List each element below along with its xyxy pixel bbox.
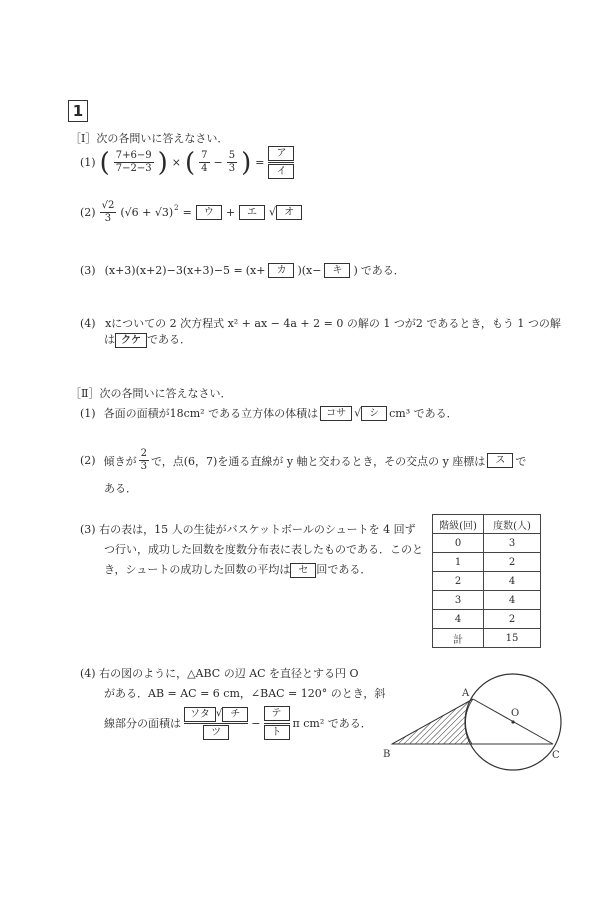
question-1-1: (1) ( 7+6−97−2−3 ) × ( 74 − 53 ) = アイ bbox=[80, 146, 294, 179]
question-1-4: (4) xについての 2 次方程式 x² + ax − 4a + 2 = 0 の… bbox=[80, 315, 561, 331]
answer-box-chi[interactable]: チ bbox=[222, 707, 248, 722]
question-2-1: (1) 各面の面積が18cm² である立方体の体積は コサ √シ cm³ である… bbox=[80, 405, 458, 421]
answer-box-se[interactable]: セ bbox=[290, 563, 316, 578]
answer-box-i[interactable]: イ bbox=[268, 164, 294, 179]
question-2-2: (2) 傾きが 23 で，点(6，7)を通る直線が y 軸と交わるとき，その交点… bbox=[80, 448, 526, 473]
q-label: (1) bbox=[80, 156, 96, 169]
answer-box-te[interactable]: テ bbox=[264, 706, 290, 721]
question-1-4-line2: はクケである． bbox=[104, 331, 191, 348]
section-number: 1 bbox=[68, 100, 88, 122]
answer-box-a[interactable]: ア bbox=[268, 146, 294, 161]
part1-header: ［Ⅰ］次の各問いに答えなさい． bbox=[70, 130, 228, 146]
answer-box-ka[interactable]: カ bbox=[268, 263, 294, 278]
answer-box-kuke[interactable]: クケ bbox=[115, 333, 147, 348]
answer-box-tsu[interactable]: ツ bbox=[203, 725, 229, 740]
question-2-2-line2: ある． bbox=[104, 480, 137, 496]
answer-box-sota[interactable]: ソタ bbox=[184, 707, 216, 722]
answer-box-u[interactable]: ウ bbox=[196, 205, 222, 220]
answer-box-shi[interactable]: シ bbox=[361, 406, 387, 421]
svg-text:C: C bbox=[552, 750, 560, 761]
answer-box-su[interactable]: ス bbox=[487, 453, 513, 468]
question-1-3: (3) (x+3)(x+2)−3(x+3)−5 = (x+ カ )(x− キ )… bbox=[80, 262, 405, 278]
triangle-circle-figure: A B C O bbox=[380, 660, 580, 780]
answer-box-to[interactable]: ト bbox=[264, 725, 290, 740]
frequency-table: 階級(回)度数(人) 03 12 24 34 42 計15 bbox=[432, 514, 541, 648]
question-2-4-line3: 線部分の面積は ソタ√チ ツ − テ ト π cm² である． bbox=[104, 706, 372, 740]
answer-box-kosa[interactable]: コサ bbox=[320, 406, 352, 421]
svg-text:B: B bbox=[383, 749, 390, 760]
question-1-2: (2) √23 (√6 + √3)2 = ウ + エ √オ bbox=[80, 200, 302, 225]
svg-text:O: O bbox=[511, 708, 519, 719]
question-2-3: (3) 右の表は，15 人の生徒がバスケットボールのシュートを 4 回ず つ行い… bbox=[80, 520, 423, 580]
answer-box-e[interactable]: エ bbox=[239, 205, 265, 220]
answer-box-ki[interactable]: キ bbox=[324, 263, 350, 278]
svg-text:A: A bbox=[461, 688, 470, 699]
question-2-4: (4) 右の図のように，△ABC の辺 AC を直径とする円 O がある．AB … bbox=[80, 664, 385, 704]
part2-header: ［Ⅱ］次の各問いに答えなさい． bbox=[70, 385, 231, 401]
answer-box-o[interactable]: オ bbox=[276, 205, 302, 220]
